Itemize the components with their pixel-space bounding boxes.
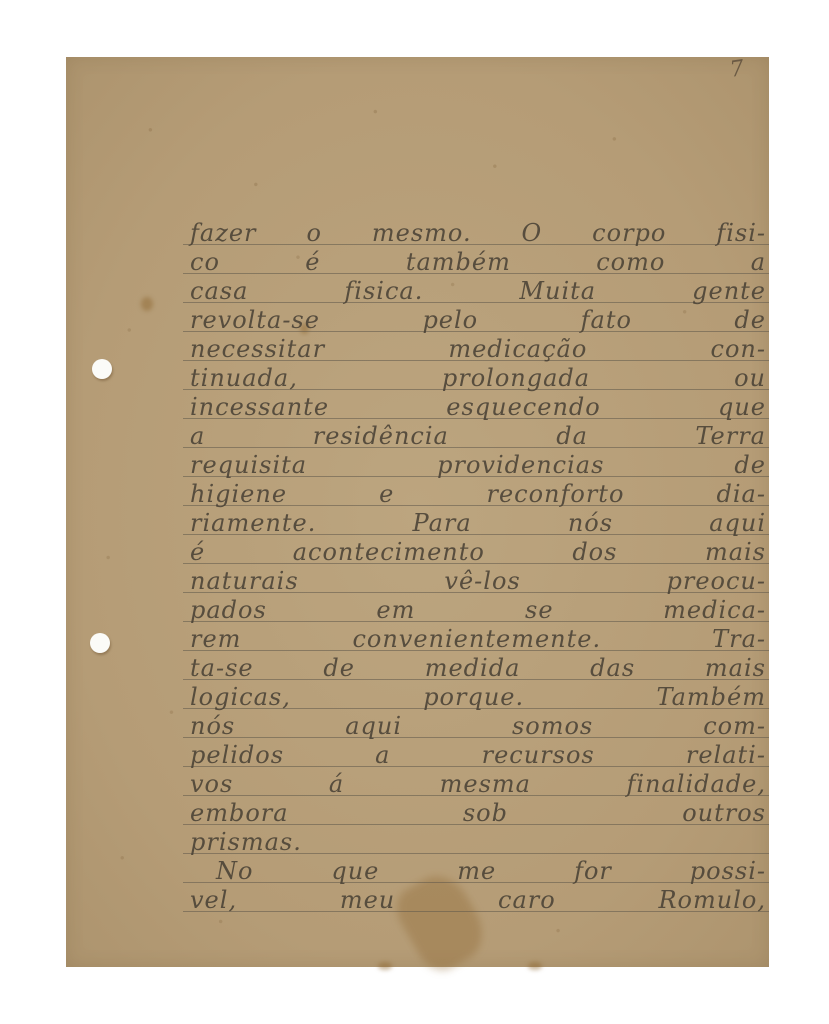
handwritten-word: providencias <box>437 451 604 479</box>
handwritten-line: necessitarmedicaçãocon- <box>190 333 766 363</box>
handwritten-word: reconforto <box>486 480 624 508</box>
handwritten-word: medida <box>425 654 521 682</box>
handwritten-word: acontecimento <box>293 538 485 566</box>
handwritten-line: naturaisvê-lospreocu- <box>190 565 766 595</box>
handwritten-word: residência <box>313 422 449 450</box>
handwritten-word: convenientemente. <box>352 625 601 653</box>
handwritten-word: rem <box>190 625 241 653</box>
handwritten-line: éacontecimentodosmais <box>190 536 766 566</box>
handwritten-word: porque. <box>423 683 524 711</box>
handwritten-line: Noquemeforpossi- <box>216 855 766 885</box>
handwritten-word: necessitar <box>190 335 325 363</box>
handwritten-word: fisica. <box>344 277 423 305</box>
handwritten-line: riamente.Paranósaqui <box>190 507 766 537</box>
handwritten-word: mesma <box>440 770 531 798</box>
handwritten-word: em <box>376 596 415 624</box>
handwritten-word: co <box>190 248 220 276</box>
handwritten-word: que <box>718 393 766 421</box>
handwritten-word: gente <box>692 277 766 305</box>
handwritten-line: higieneereconfortodia- <box>190 478 766 508</box>
handwritten-line: pelidosarecursosrelati- <box>190 739 766 769</box>
handwritten-word: Terra <box>695 422 766 450</box>
handwritten-line: requisitaprovidenciasde <box>190 449 766 479</box>
handwritten-word: outros <box>682 799 766 827</box>
handwritten-word: vos <box>190 770 233 798</box>
stain <box>378 962 392 970</box>
handwritten-word: vel, <box>190 886 237 914</box>
handwritten-word: logicas, <box>190 683 291 711</box>
handwritten-line: aresidênciadaTerra <box>190 420 766 450</box>
handwritten-line: incessanteesquecendoque <box>190 391 766 421</box>
handwritten-word: O <box>522 219 543 247</box>
page-number: 7 <box>728 56 745 83</box>
handwritten-word: a <box>190 422 205 450</box>
handwritten-word: ou <box>734 364 766 392</box>
handwritten-line: prismas. <box>190 826 766 856</box>
handwritten-word: que <box>331 857 379 885</box>
handwritten-line: remconvenientemente.Tra- <box>190 623 766 653</box>
handwritten-word: riamente. <box>190 509 316 537</box>
handwritten-line: vosámesmafinalidade, <box>190 768 766 798</box>
handwritten-word: é <box>190 538 205 566</box>
handwritten-word: nós <box>568 509 613 537</box>
handwritten-word: vê-los <box>444 567 520 595</box>
handwritten-word: é <box>305 248 320 276</box>
handwritten-line: revolta-sepelofatode <box>190 304 766 334</box>
handwritten-word: mais <box>705 654 766 682</box>
handwritten-word: casa <box>190 277 248 305</box>
punch-hole-top <box>92 359 112 379</box>
handwritten-word: fato <box>581 306 632 334</box>
handwritten-word: mesmo. <box>372 219 472 247</box>
handwritten-word: se <box>525 596 554 624</box>
handwritten-word: esquecendo <box>446 393 600 421</box>
handwritten-word: Também <box>656 683 766 711</box>
handwritten-line: fazeromesmo.Ocorpofisi- <box>190 217 766 247</box>
stain <box>141 297 153 311</box>
handwritten-word: e <box>379 480 394 508</box>
handwritten-word: aqui <box>345 712 402 740</box>
handwritten-word: da <box>556 422 588 450</box>
handwritten-word: dos <box>572 538 617 566</box>
handwritten-word: Romulo, <box>658 886 766 914</box>
handwritten-word: for <box>574 857 612 885</box>
stain <box>528 962 542 970</box>
handwritten-line: ta-sedemedidadasmais <box>190 652 766 682</box>
punch-hole-bottom <box>90 633 110 653</box>
handwritten-word: o <box>306 219 321 247</box>
handwritten-word: fazer <box>190 219 257 247</box>
handwritten-word: prolongada <box>442 364 590 392</box>
handwritten-word: con- <box>711 335 766 363</box>
handwritten-word: também <box>406 248 511 276</box>
handwritten-word: ta-se <box>190 654 254 682</box>
handwritten-word: dia- <box>717 480 766 508</box>
handwritten-word: higiene <box>190 480 287 508</box>
handwritten-word: de <box>323 654 355 682</box>
handwritten-line: padosemsemedica- <box>190 594 766 624</box>
handwritten-word: mais <box>705 538 766 566</box>
handwritten-word: possi- <box>690 857 766 885</box>
handwritten-word: de <box>734 451 766 479</box>
handwritten-word: tinuada, <box>190 364 298 392</box>
handwritten-word: pelo <box>422 306 478 334</box>
handwritten-line: vel,meucaroRomulo, <box>190 884 766 914</box>
handwritten-word: caro <box>498 886 556 914</box>
handwritten-word: a <box>375 741 390 769</box>
handwritten-word: de <box>734 306 766 334</box>
handwritten-word: preocu- <box>666 567 766 595</box>
handwritten-word: relati- <box>686 741 766 769</box>
letter-page: 7 fazeromesmo.Ocorpofisi- coétambémcomoa… <box>66 57 769 967</box>
handwritten-word: fisi- <box>716 219 766 247</box>
handwritten-word: a <box>751 248 766 276</box>
handwritten-word: somos <box>512 712 593 740</box>
handwritten-word: corpo <box>592 219 666 247</box>
handwritten-word: das <box>590 654 635 682</box>
handwritten-line: coétambémcomoa <box>190 246 766 276</box>
handwritten-word: á <box>329 770 344 798</box>
handwritten-word: requisita <box>190 451 307 479</box>
handwritten-word: finalidade, <box>626 770 766 798</box>
handwritten-word: pados <box>190 596 267 624</box>
handwritten-word: como <box>596 248 665 276</box>
handwritten-word: meu <box>340 886 395 914</box>
handwritten-word: pelidos <box>190 741 284 769</box>
handwritten-word: medicação <box>448 335 587 363</box>
handwritten-word: naturais <box>190 567 299 595</box>
handwritten-word: nós <box>190 712 235 740</box>
handwritten-word: embora <box>190 799 289 827</box>
handwritten-line: casafisica.Muitagente <box>190 275 766 305</box>
handwritten-word: Para <box>413 509 472 537</box>
handwritten-word: No <box>216 857 253 885</box>
handwritten-word: com- <box>703 712 766 740</box>
handwritten-word: revolta-se <box>190 306 320 334</box>
handwritten-word: Muita <box>519 277 596 305</box>
handwritten-word: recursos <box>482 741 595 769</box>
handwritten-word: medica- <box>663 596 766 624</box>
handwritten-line: logicas,porque.Também <box>190 681 766 711</box>
handwritten-line: emborasoboutros <box>190 797 766 827</box>
handwritten-line: nósaquisomoscom- <box>190 710 766 740</box>
handwritten-word: sob <box>463 799 508 827</box>
handwritten-word: incessante <box>190 393 329 421</box>
handwritten-word: Tra- <box>712 625 766 653</box>
handwritten-line: tinuada,prolongadaou <box>190 362 766 392</box>
handwritten-word: me <box>457 857 496 885</box>
handwritten-word: aqui <box>709 509 766 537</box>
